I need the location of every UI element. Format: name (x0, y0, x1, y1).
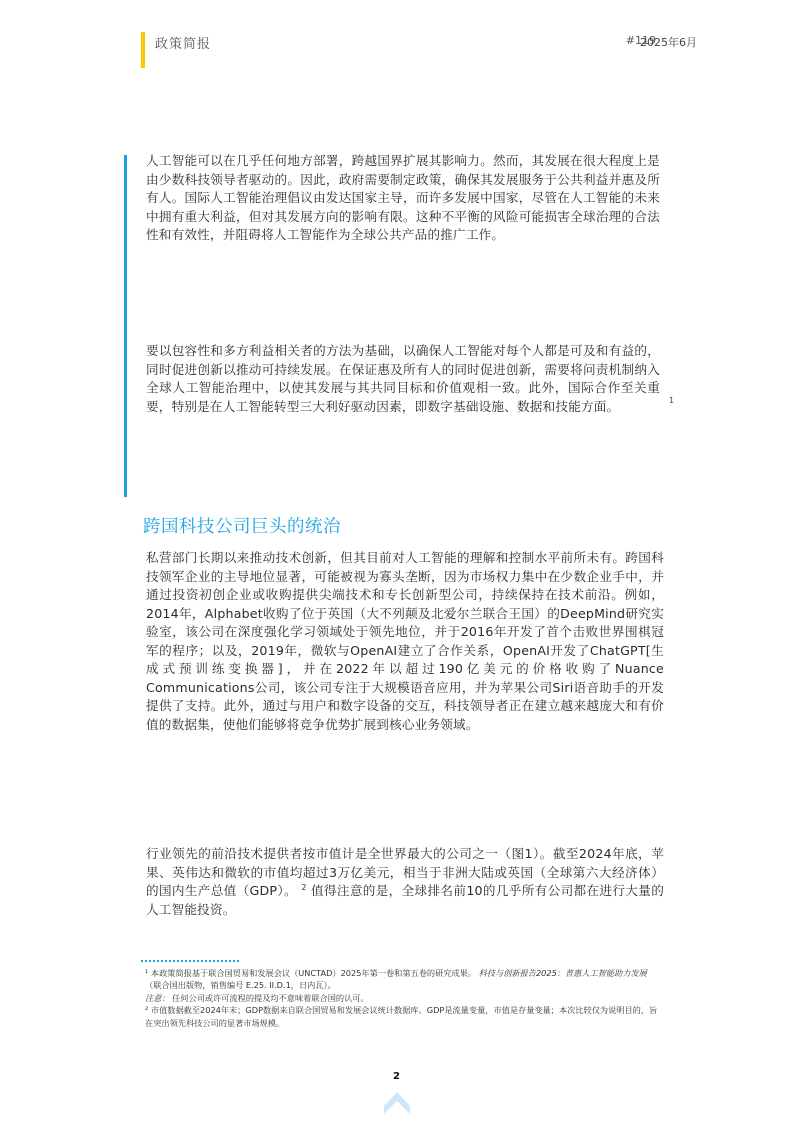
footnote-1-report-title: 科技与创新报告2025：普惠人工智能助力发展 (479, 968, 647, 978)
footnote-1-text: 本政策简报基于联合国贸易和发展会议（UNCTAD）2025年第一卷和第五卷的研究… (148, 968, 478, 978)
section-paragraph-2: 行业领先的前沿技术提供者按市值计是全世界最大的公司之一（图1）。截至2024年底… (146, 845, 664, 919)
footnote-note: 注意： 任何公司或许可流程的提及均不意味着联合国的认可。 (145, 992, 660, 1004)
header-title: 政策简报 (155, 33, 211, 52)
chevron-up-icon (384, 1092, 410, 1114)
footnotes: ¹ 本政策简报基于联合国贸易和发展会议（UNCTAD）2025年第一卷和第五卷的… (145, 967, 660, 1029)
footnote-divider (141, 960, 239, 962)
issue-number: #119 (626, 34, 656, 47)
footnote-ref-1[interactable]: 1 (669, 392, 674, 411)
header-issue-date: #119 2025年6月 (640, 34, 697, 50)
scroll-to-top-button[interactable] (384, 1092, 410, 1114)
footnote-note-label: 注意： (145, 993, 170, 1003)
intro-paragraph-1: 人工智能可以在几乎任何地方部署，跨越国界扩展其影响力。然而，其发展在很大程度上是… (146, 152, 660, 245)
page-number: 2 (0, 1071, 793, 1082)
intro-paragraph-2: 要以包容性和多方利益相关者的方法为基础，以确保人工智能对每个人都是可及和有益的，… (146, 342, 660, 416)
footnote-1: ¹ 本政策简报基于联合国贸易和发展会议（UNCTAD）2025年第一卷和第五卷的… (145, 967, 660, 992)
intro-paragraph-2-text: 要以包容性和多方利益相关者的方法为基础，以确保人工智能对每个人都是可及和有益的，… (146, 343, 660, 414)
section-heading: 跨国科技公司巨头的统治 (143, 513, 341, 538)
footnote-1-publication: （联合国出版物，销售编号 E.25. II.D.1，日内瓦）。 (145, 980, 336, 990)
header-date-wrapper: #119 2025年6月 (640, 34, 697, 50)
footnote-2-text: 市值数据截至2024年末；GDP数据来自联合国贸易和发展会议统计数据库。GDP是… (145, 1005, 657, 1027)
header-accent-bar (141, 32, 145, 68)
section-paragraph-1: 私营部门长期以来推动技术创新，但其目前对人工智能的理解和控制水平前所未有。跨国科… (146, 549, 664, 734)
footnote-ref-2[interactable]: 2 (301, 883, 306, 892)
footnote-note-text: 任何公司或许可流程的提及均不意味着联合国的认可。 (170, 993, 369, 1003)
footnote-2: ² 市值数据截至2024年末；GDP数据来自联合国贸易和发展会议统计数据库。GD… (145, 1004, 660, 1029)
intro-accent-bar (124, 155, 127, 497)
